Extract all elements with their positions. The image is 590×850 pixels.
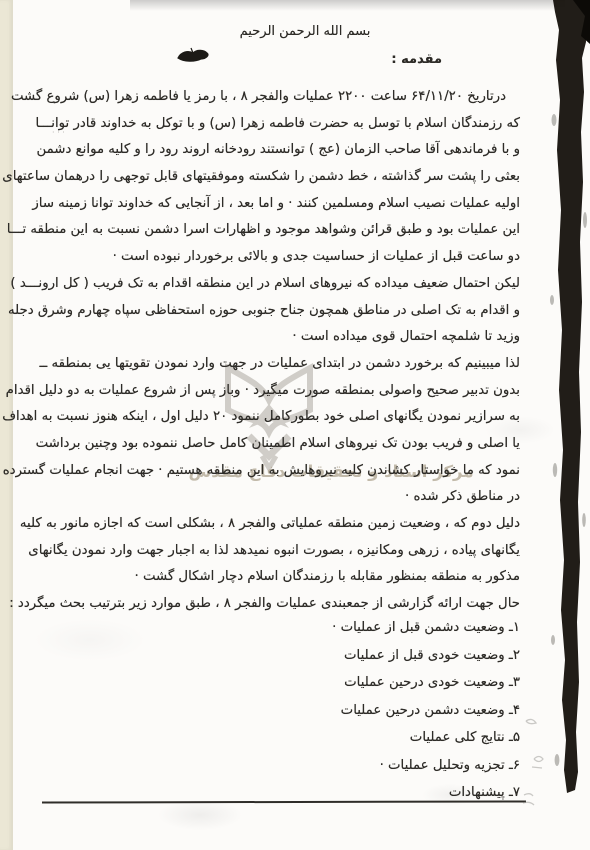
list-item: ۶ـ تجزیه وتحلیل عملیات · xyxy=(332,752,520,780)
scanned-document-page: مرکز اسناد و تحقیقات دفاع مقدس بسم الله … xyxy=(0,0,590,850)
body-line: این عملیات بود و طبق قرائن وشواهد موجود … xyxy=(38,217,520,244)
body-line: در مناطق ذکر شده · xyxy=(38,484,520,511)
body-line: که رزمندگان اسلام با توسل به حضرت فاطمه … xyxy=(38,111,520,138)
ink-scribble-mark xyxy=(176,47,212,69)
body-line: لیکن احتمال ضعیف میداده که نیروهای اسلام… xyxy=(38,271,520,298)
document-body: درتاریخ ۶۴/۱۱/۲۰ ساعت ۲۲۰۰ عملیات والفجر… xyxy=(38,84,520,618)
list-item: ۲ـ وضعیت خودی قبل از عملیات xyxy=(332,642,520,670)
body-line: مذکور به منطقه بمنظور مقابله با رزمندگان… xyxy=(38,564,520,591)
body-line: بعثی را پشت سر گذاشته ، خط دشمن را شکسته… xyxy=(38,164,520,191)
body-line: و اقدام به تک اصلی در مناطق همچون جناح ج… xyxy=(38,298,520,325)
body-line: یگانهای پیاده ، زرهی ومکانیزه ، بصورت ان… xyxy=(38,538,520,565)
list-item: ۴ـ وضعیت دشمن درحین عملیات xyxy=(332,697,520,725)
scan-top-shadow xyxy=(130,0,565,11)
body-line: و با فرماندهی آقا صاحب الزمان (عج ) توان… xyxy=(38,137,520,164)
body-line: وزید تا شلمچه احتمال قوی میداده است · xyxy=(38,324,520,351)
list-item: ۱ـ وضعیت دشمن قبل از عملیات · xyxy=(332,614,520,642)
section-heading: مقدمه : xyxy=(391,52,442,67)
body-line: درتاریخ ۶۴/۱۱/۲۰ ساعت ۲۲۰۰ عملیات والفجر… xyxy=(38,84,520,111)
body-line: بدون تدبیر صحیح واصولی بمنطقه صورت میگیر… xyxy=(38,378,520,405)
body-line: اولیه عملیات نصیب اسلام ومسلمین کنند · و… xyxy=(38,191,520,218)
body-line: نمود که ما خواستار کشاندن کلیه نیروهایش … xyxy=(38,458,520,485)
body-line: یا اصلی و فریب بودن تک نیروهای اسلام اطم… xyxy=(38,431,520,458)
list-item: ۳ـ وضعیت خودی درحین عملیات xyxy=(332,669,520,697)
body-line: دو ساعت قبل از عملیات از حساسیت جدی و با… xyxy=(38,244,520,271)
scan-binding-band xyxy=(545,0,590,850)
agenda-list: ۱ـ وضعیت دشمن قبل از عملیات · ۲ـ وضعیت خ… xyxy=(332,614,520,807)
list-item: ۵ـ نتایج کلی عملیات xyxy=(332,724,520,752)
body-line: لذا میبینیم که برخورد دشمن در ابتدای عمل… xyxy=(38,351,520,378)
body-line: دلیل دوم که ، وضعیت زمین منطقه عملیاتی و… xyxy=(38,511,520,538)
bismillah-header: بسم الله الرحمن الرحیم xyxy=(20,24,590,39)
body-line: به سرازیر نمودن یگانهای اصلی خود بطورکام… xyxy=(38,404,520,431)
